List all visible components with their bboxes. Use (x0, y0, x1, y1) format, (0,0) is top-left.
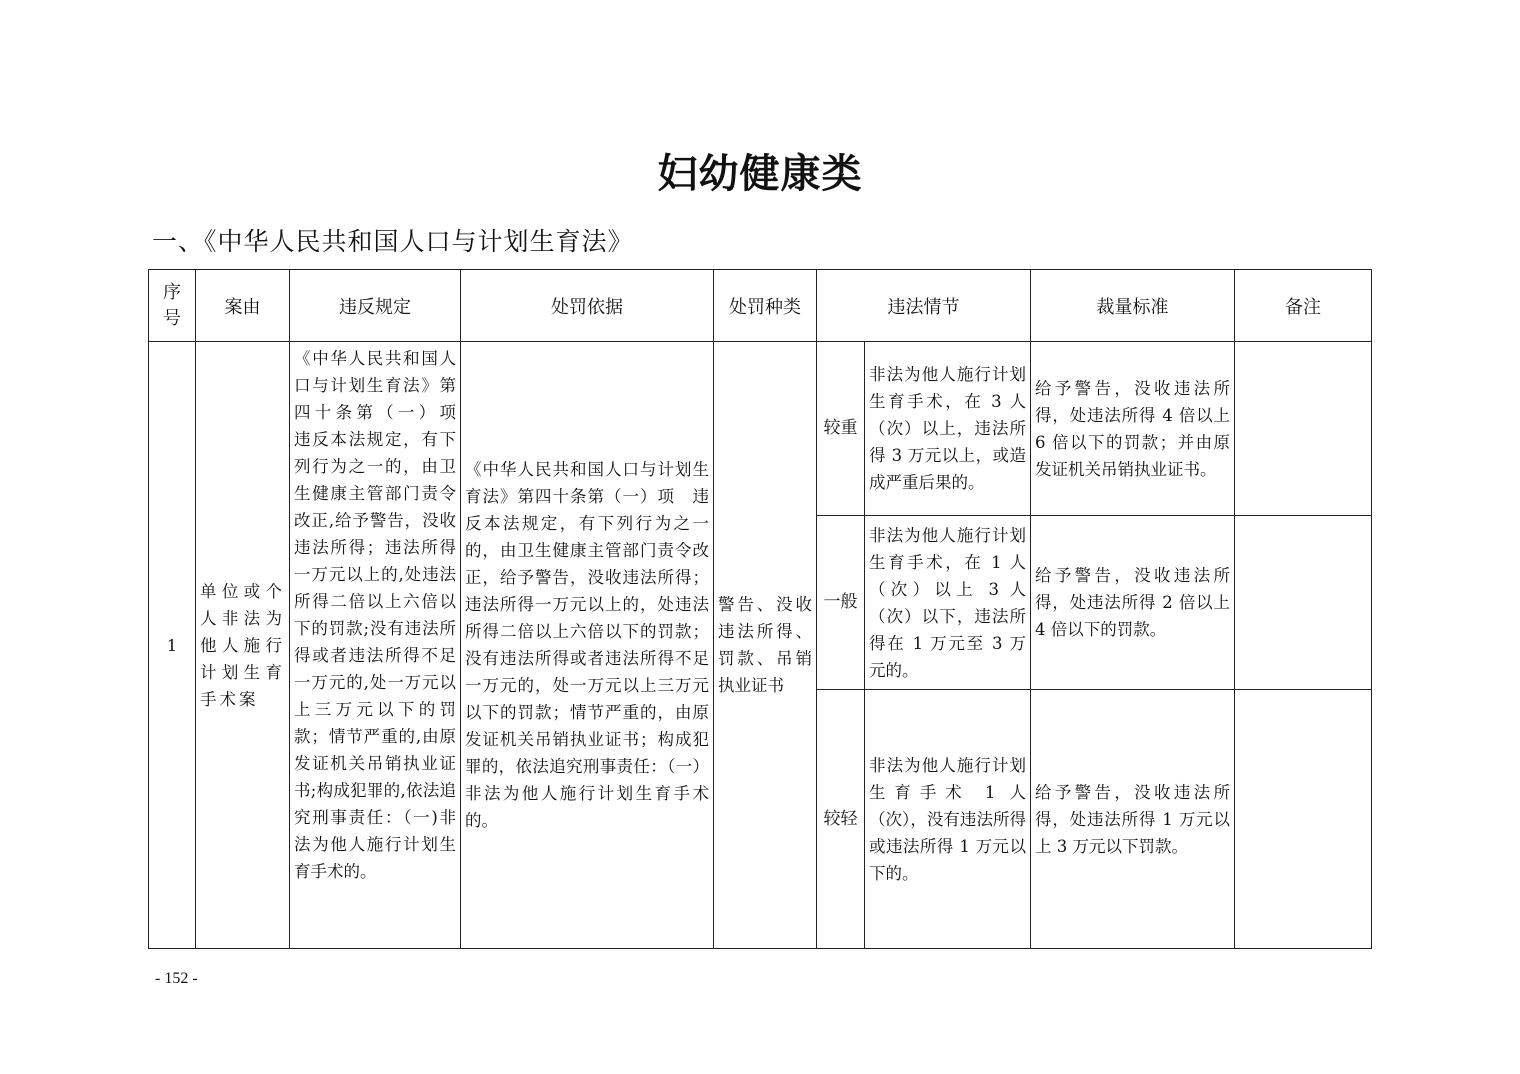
level-serious: 较重 (817, 342, 865, 516)
document-title: 妇幼健康类 (0, 142, 1520, 199)
row-case: 单位或个人非法为他人施行计划生育手术案 (196, 342, 290, 949)
header-standard: 裁量标准 (1031, 270, 1235, 342)
section-heading: 一、《中华人民共和国人口与计划生育法》 (152, 222, 634, 258)
table-row: 1 单位或个人非法为他人施行计划生育手术案 《中华人民共和国人口与计划生育法》第… (149, 342, 1372, 516)
circumstance-general: 非法为他人施行计划生育手术，在 1 人（次）以上 3 人（次）以下，违法所得在 … (865, 516, 1031, 690)
header-penalty-basis: 处罚依据 (461, 270, 714, 342)
header-index: 序号 (149, 270, 196, 342)
header-penalty-type: 处罚种类 (714, 270, 817, 342)
penalty-discretion-table: 序号 案由 违反规定 处罚依据 处罚种类 违法情节 裁量标准 备注 1 单位或个… (148, 269, 1372, 949)
row-penalty-basis: 《中华人民共和国人口与计划生育法》第四十条第（一）项 违反本法规定，有下列行为之… (461, 342, 714, 949)
header-violated-rule: 违反规定 (290, 270, 461, 342)
page-number: - 152 - (155, 970, 198, 988)
remarks-general (1235, 516, 1372, 690)
standard-serious: 给予警告，没收违法所得，处违法所得 4 倍以上 6 倍以下的罚款；并由原发证机关… (1031, 342, 1235, 516)
remarks-serious (1235, 342, 1372, 516)
circumstance-serious: 非法为他人施行计划生育手术，在 3 人（次）以上，违法所得 3 万元以上，或造成… (865, 342, 1031, 516)
row-index: 1 (149, 342, 196, 949)
standard-minor: 给予警告，没收违法所得，处违法所得 1 万元以上 3 万元以下罚款。 (1031, 690, 1235, 949)
standard-general: 给予警告，没收违法所得，处违法所得 2 倍以上 4 倍以下的罚款。 (1031, 516, 1235, 690)
level-general: 一般 (817, 516, 865, 690)
remarks-minor (1235, 690, 1372, 949)
header-circumstance: 违法情节 (817, 270, 1031, 342)
header-case: 案由 (196, 270, 290, 342)
row-violated-rule: 《中华人民共和国人口与计划生育法》第四十条第（一）项 违反本法规定，有下列行为之… (290, 342, 461, 949)
circumstance-minor: 非法为他人施行计划生育手术 1 人（次），没有违法所得或违法所得 1 万元以下的… (865, 690, 1031, 949)
table-header-row: 序号 案由 违反规定 处罚依据 处罚种类 违法情节 裁量标准 备注 (149, 270, 1372, 342)
level-minor: 较轻 (817, 690, 865, 949)
header-remarks: 备注 (1235, 270, 1372, 342)
row-penalty-type: 警告、没收违法所得、罚款、吊销执业证书 (714, 342, 817, 949)
